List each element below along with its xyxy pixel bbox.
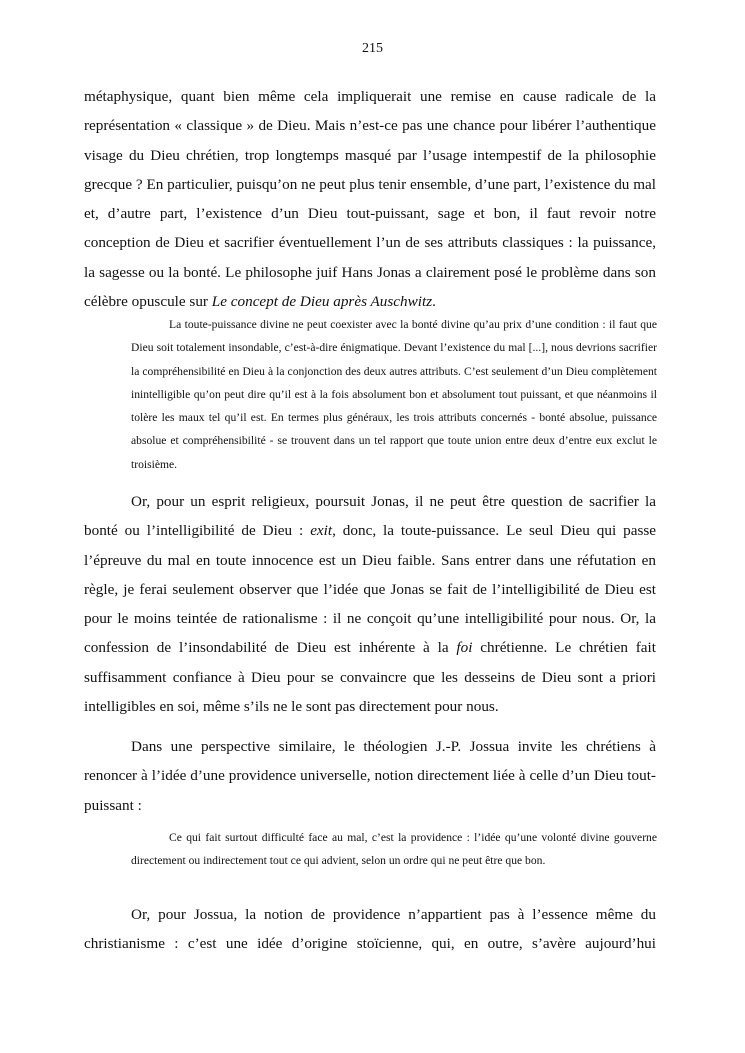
- book-title: Le concept de Dieu après Auschwitz: [212, 293, 432, 310]
- italic-foi: foi: [456, 639, 472, 656]
- paragraph-4: Or, pour Jossua, la notion de providence…: [84, 900, 656, 959]
- block-quote-jossua: Ce qui fait surtout difficulté face au m…: [131, 826, 657, 873]
- block-quote-jonas: La toute-puissance divine ne peut coexis…: [131, 313, 657, 476]
- paragraph-3: Dans une perspective similaire, le théol…: [84, 732, 656, 820]
- page-number: 215: [0, 41, 745, 57]
- paragraph-1-text: métaphysique, quant bien même cela impli…: [84, 88, 656, 310]
- italic-exit: exit: [310, 522, 332, 539]
- paragraph-2: Or, pour un esprit religieux, poursuit J…: [84, 487, 656, 721]
- paragraph-1: métaphysique, quant bien même cela impli…: [84, 82, 656, 316]
